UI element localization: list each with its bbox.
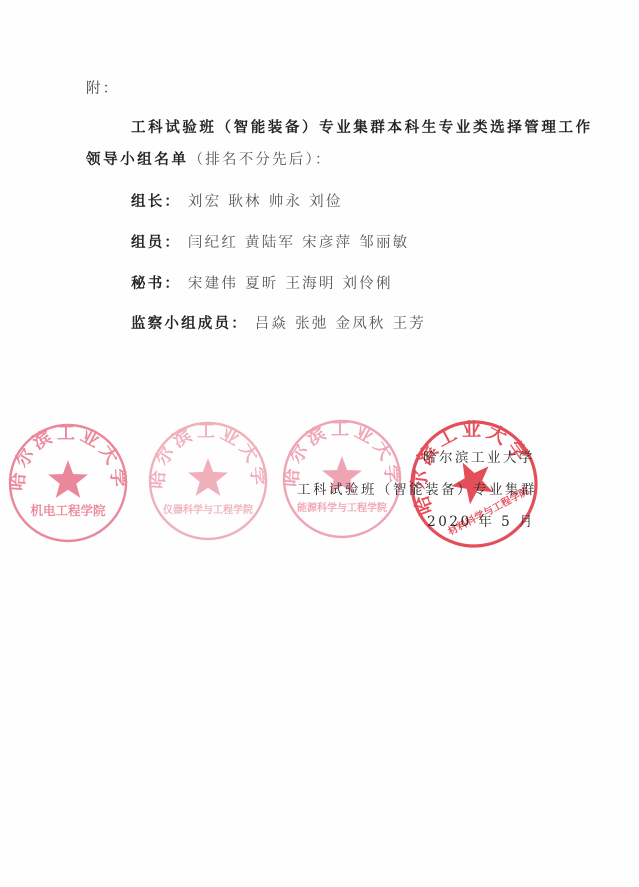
svg-text:哈尔滨工业大学: 哈尔滨工业大学 [6,423,129,491]
member-row-supervisors: 监察小组成员： 吕焱张弛金凤秋王芳 [131,315,433,333]
title-line-2: 领导小组名单（排名不分先后）： [86,151,332,169]
member-name: 刘宏 [188,194,221,210]
member-row-members: 组员： 闫纪红黄陆军宋彦萍邹丽敏 [131,234,416,252]
member-name: 闫纪红 [188,235,238,251]
signature-department: 工科试验班（智能装备）专业集群 [297,482,537,498]
member-name: 吕焱 [255,316,288,332]
title-line-2-main: 领导小组名单 [86,151,189,168]
signature-university: 哈尔滨工业大学 [423,450,535,466]
document-page: 附： 工科试验班（智能装备）专业集群本科生专业类选择管理工作 领导小组名单（排名… [0,0,639,887]
member-name: 邹丽敏 [359,235,409,251]
member-name: 王海明 [285,276,335,292]
member-name: 金凤秋 [336,316,386,332]
svg-text:哈尔滨工业大学: 哈尔滨工业大学 [280,419,403,487]
member-role-label: 监察小组成员： [131,315,248,332]
svg-text:机电工程学院: 机电工程学院 [30,503,106,518]
member-role-label: 组长： [131,193,181,210]
member-role-label: 组员： [131,234,181,251]
member-name: 刘伶俐 [343,276,393,292]
member-name: 张弛 [295,316,328,332]
member-name: 黄陆军 [245,235,295,251]
member-name: 夏昕 [245,276,278,292]
stamp: 哈尔滨工业大学能源科学与工程学院 [280,419,403,537]
title-line-2-note: （排名不分先后）： [189,152,332,168]
svg-text:能源科学与工程学院: 能源科学与工程学院 [297,501,387,514]
member-name: 宋彦萍 [302,235,352,251]
member-name: 耿林 [228,194,261,210]
star-icon [48,460,88,498]
title-line-1: 工科试验班（智能装备）专业集群本科生专业类选择管理工作 [131,119,593,137]
star-icon [188,458,228,496]
svg-text:仪器科学与工程学院: 仪器科学与工程学院 [162,503,253,516]
member-role-label: 秘书： [131,275,181,292]
svg-text:哈尔滨工业大学: 哈尔滨工业大学 [146,421,269,489]
stamp: 哈尔滨工业大学机电工程学院 [6,423,129,541]
stamp: 哈尔滨工业大学仪器科学与工程学院 [146,421,269,539]
signature-date: 2020 年 5 月 [427,514,535,530]
member-name: 刘俭 [309,194,342,210]
member-row-secretaries: 秘书： 宋建伟夏昕王海明刘伶俐 [131,275,400,293]
member-name: 帅永 [269,194,302,210]
member-row-leaders: 组长： 刘宏耿林帅永刘俭 [131,193,350,211]
member-name: 王芳 [393,316,426,332]
member-name: 宋建伟 [188,276,238,292]
attachment-label: 附： [86,80,119,98]
